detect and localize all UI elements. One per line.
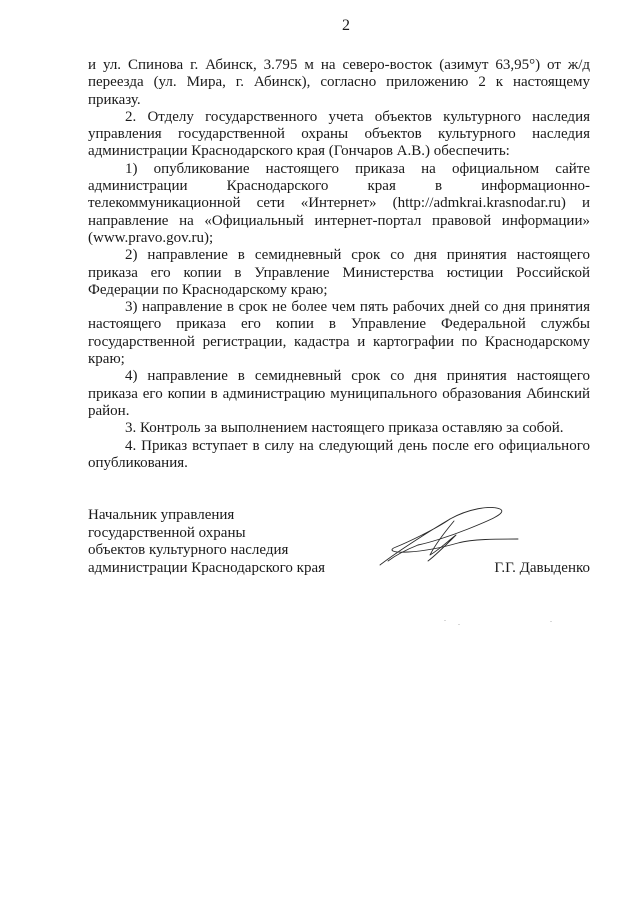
paragraph-item-4: 4. Приказ вступает в силу на следующий д… <box>88 438 590 473</box>
handwritten-signature-icon <box>378 499 528 569</box>
signer-title-line: государственной охраны <box>88 525 325 543</box>
page-number: 2 <box>338 16 354 36</box>
signature-block: Начальник управления государственной охр… <box>88 507 590 587</box>
signer-title-line: объектов культурного наследия <box>88 542 325 560</box>
paragraph-subitem-3: 3) направление в срок не более чем пять … <box>88 299 590 368</box>
paragraph-continuation: и ул. Спинова г. Абинск, 3.795 м на севе… <box>88 57 590 109</box>
signer-title: Начальник управления государственной охр… <box>88 507 325 578</box>
scan-artifact <box>444 620 446 621</box>
scan-artifact <box>458 624 460 625</box>
paragraph-item-2: 2. Отделу государственного учета объекто… <box>88 109 590 161</box>
signer-name: Г.Г. Давыденко <box>494 560 590 578</box>
paragraph-item-3: 3. Контроль за выполнением настоящего пр… <box>88 420 590 437</box>
scan-artifact <box>550 621 552 622</box>
signer-title-line: администрации Краснодарского края <box>88 560 325 578</box>
document-body: и ул. Спинова г. Абинск, 3.795 м на севе… <box>88 57 590 472</box>
paragraph-subitem-2: 2) направление в семидневный срок со дня… <box>88 247 590 299</box>
signer-title-line: Начальник управления <box>88 507 325 525</box>
paragraph-subitem-1: 1) опубликование настоящего приказа на о… <box>88 161 590 247</box>
paragraph-subitem-4: 4) направление в семидневный срок со дня… <box>88 368 590 420</box>
